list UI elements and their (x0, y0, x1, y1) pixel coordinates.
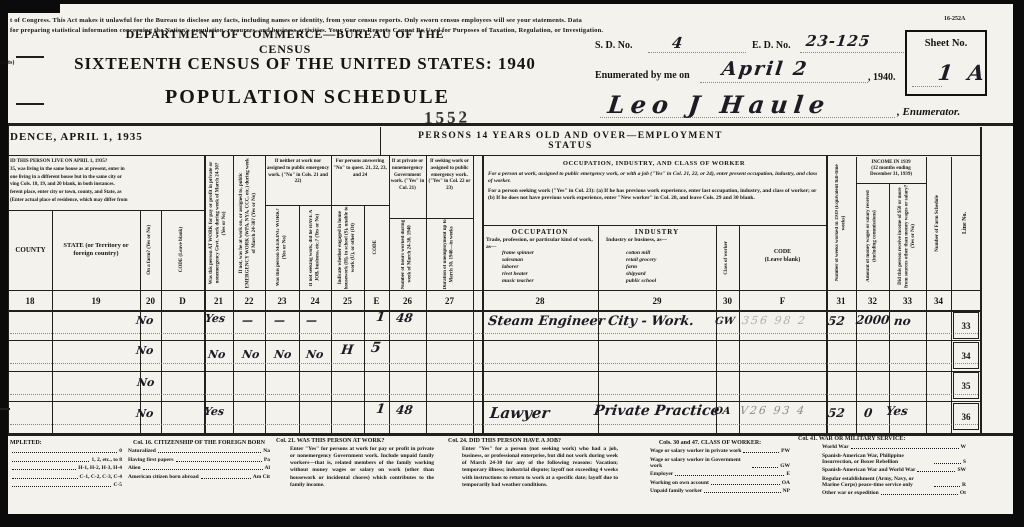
enumerator-signature: Leo J Haule (606, 90, 832, 119)
grid-line (380, 127, 381, 155)
census-title: SIXTEENTH CENSUS OF THE UNITED STATES: 1… (60, 53, 550, 75)
col-header-industry: INDUSTRY (600, 227, 714, 236)
col-num-27: 27 (426, 291, 473, 310)
dotted-leader (743, 452, 779, 453)
entry-weeks: 52 (827, 406, 845, 420)
entry-occupation: Steam Engineer (487, 314, 605, 329)
enumerated-year: , 1940. (868, 72, 896, 83)
col-header-farm: On a farm? (Yes or No) (140, 210, 161, 290)
col-header-33: Did this person receive income of $50 or… (889, 183, 926, 290)
col-header-25: Indicate whether engaged in home housewo… (331, 205, 364, 290)
entry-weeks: 52 (827, 314, 845, 328)
footnote-item: Unpaid family workerNP (630, 488, 790, 494)
dotted-leader (12, 461, 89, 462)
col-num-25: 25 (331, 291, 364, 310)
entry-at-work: Yes (204, 312, 226, 325)
col-num-20: 20 (140, 291, 161, 310)
footnote-item: Wage or salary worker in private workPW (630, 448, 790, 454)
col-num-29: 29 (598, 291, 716, 310)
ed-line (800, 52, 904, 53)
dotted-leader (851, 448, 959, 449)
footnote-item: Working on own accountOA (630, 480, 790, 486)
grid-line (8, 340, 980, 341)
census-form-scan: t of Congress. This Act makes it unlawfu… (0, 0, 1024, 527)
entry-codeE: 1 (375, 402, 386, 417)
entry-farm: No (135, 314, 154, 327)
margin-mark (16, 56, 44, 58)
col-num-23: 23 (265, 291, 299, 310)
col-num-34: 34 (926, 291, 951, 310)
col-num-E: E (364, 291, 389, 310)
sheet-line (912, 86, 942, 87)
footnote-line: C-5 (10, 482, 122, 488)
entry-have-job: No (305, 348, 324, 361)
grid-line (482, 225, 826, 226)
footnote-item: AlienAl (128, 465, 270, 471)
entry-engaged: H (340, 343, 354, 358)
grid-line (598, 225, 599, 433)
ed-label: E. D. No. (752, 40, 791, 51)
scan-edge-top (0, 0, 1024, 4)
entry-codeE: 1 (375, 310, 386, 325)
entry-dash: — (305, 314, 318, 327)
income-block-title: INCOME IN 1939 (12 months ending Decembe… (857, 156, 925, 182)
footnote-item: World WarW (798, 444, 966, 450)
col-num-31: 31 (826, 291, 856, 310)
footnote-war-service: Col. 41. WAR OR MILITARY SERVICE: World … (798, 436, 966, 514)
col-header-county: COUNTY (9, 210, 52, 290)
footnote-item: Spanish-American War and World WarSW (798, 467, 966, 473)
dotted-leader (158, 452, 261, 453)
grid-line (8, 371, 980, 372)
dotted-leader (675, 475, 784, 476)
col-header-27: Duration of unemployment up to March 30,… (426, 218, 473, 290)
col-header-23: Was this person SEEKING WORK? (Yes or No… (265, 205, 299, 290)
footnote-col21: Col. 21. WAS THIS PERSON AT WORK? Enter … (276, 438, 434, 514)
dotted-leader (934, 463, 961, 464)
col-header-21: Was this person AT WORK for pay or profi… (204, 157, 233, 290)
dotted-leader (917, 471, 955, 472)
col-num-33: 33 (889, 291, 926, 310)
scan-edge-right (1013, 0, 1024, 527)
sd-value: 4 (671, 34, 684, 52)
footnote-class-title: Cols. 30 and 47. CLASS OF WORKER: (630, 440, 790, 446)
occupation-instr2: For a person seeking work ("Yes" in Col.… (488, 188, 822, 202)
dotted-leader (12, 469, 76, 470)
enumerated-date: April 2 (721, 58, 810, 80)
dotted-leader (176, 461, 262, 462)
enumerator-label: , Enumerator. (897, 106, 960, 118)
footnote-item: Other war or expeditionOt (798, 490, 966, 496)
department-title: DEPARTMENT OF COMMERCE—BUREAU OF THE CEN… (105, 34, 465, 50)
legal-notice-line1: t of Congress. This Act makes it unlawfu… (10, 17, 1008, 24)
col-header-32: Amount of money wages or salary received… (856, 183, 889, 290)
line-number: 34 (953, 342, 979, 369)
entry-codeE: 5 (370, 340, 382, 356)
col-header-state: STATE (or Territory or foreign country) (54, 210, 138, 290)
scan-edge-left (0, 0, 8, 527)
writing-line (10, 424, 978, 425)
dotted-leader (201, 478, 251, 479)
entry-wages: 0 (863, 406, 873, 420)
col-num-F: F (739, 291, 826, 310)
industry-sub: Industry or business, as— (606, 237, 714, 244)
footnote-line: C-1, C-2, C-3, C-4 (10, 474, 122, 480)
writing-line (10, 394, 978, 395)
dotted-leader (752, 467, 778, 468)
writing-line (10, 333, 978, 334)
col-num-30: 30 (716, 291, 739, 310)
sd-line (648, 52, 746, 53)
footnote-col21-title: Col. 21. WAS THIS PERSON AT WORK? (276, 438, 434, 444)
grid-line (473, 155, 474, 433)
col-header-31: Number of weeks worked in 1939 (Equivale… (826, 157, 856, 290)
grid-line (8, 310, 980, 312)
col-header-34: Number of Farm Schedule (926, 157, 951, 290)
footnote-citizenship-title: Col. 16. CITIZENSHIP OF THE FOREIGN BORN (128, 440, 270, 446)
enumerated-label: Enumerated by me on (595, 70, 690, 81)
occupation-instr1: For a person at work, assigned to public… (488, 171, 822, 185)
sd-label: S. D. No. (595, 40, 633, 51)
dotted-leader (143, 469, 263, 470)
footnote-education-title: MPLETED: (10, 440, 122, 446)
group-header-23-24: If neither at work nor assigned to publi… (265, 157, 331, 205)
footnote-citizenship: Col. 16. CITIZENSHIP OF THE FOREIGN BORN… (128, 440, 270, 512)
schedule-title: POPULATION SCHEDULE (150, 85, 465, 109)
entry-codeF: 356 98 2 (741, 314, 808, 327)
group-header-25-E: For persons answering "No" to quest. 21,… (331, 157, 389, 205)
industry-examples: cotton mill retail grocery farm shipyard… (610, 250, 714, 284)
col-header-24: If not seeking work, did he HAVE A JOB, … (299, 205, 331, 290)
footnote-line: 1, 2, etc., to 8 (10, 457, 122, 463)
entry-seeking: No (273, 348, 292, 361)
enumerated-line (700, 82, 868, 83)
footnote-line: H-1, H-2, H-3, H-4 (10, 465, 122, 471)
footnote-item: Regular establishment (Army, Navy, or Ma… (798, 476, 966, 488)
col-header-line-no: Line No. (951, 157, 980, 290)
entry-emergency: No (241, 348, 260, 361)
dotted-leader (12, 486, 111, 487)
col-header-30: Class of worker (716, 225, 739, 290)
col-num-18: 18 (8, 291, 52, 310)
occupation-examples: frame spinner salesman laborer rivet hea… (486, 250, 596, 284)
col-header-26: Number of hours worked during week of Ma… (389, 218, 426, 290)
footnote-col24-title: Col. 24. DID THIS PERSON HAVE A JOB? (448, 438, 618, 444)
entry-dash: — (273, 314, 286, 327)
footnote-line: 0 (10, 448, 122, 454)
col-header-22: If not, was he at work on, or assigned t… (233, 157, 265, 290)
entry-industry: City - Work. (607, 314, 695, 329)
footnote-item: NaturalizedNa (128, 448, 270, 454)
col-header-codeD: CODE (Leave blank) (161, 210, 204, 290)
grid-line (980, 127, 982, 433)
scan-edge-corner (0, 0, 60, 13)
sheet-label: Sheet No. (907, 36, 985, 50)
line-number: 36 (953, 403, 979, 430)
entry-wages: 2000 (855, 313, 890, 327)
dotted-leader (12, 452, 117, 453)
entry-farm: No (135, 344, 154, 357)
grid-line (8, 123, 1013, 126)
entry-at-work: No (207, 348, 226, 361)
form-number: 16-252A (944, 16, 965, 22)
grid-line (8, 401, 980, 402)
dotted-leader (711, 484, 780, 485)
col-header-codeE: CODE (364, 205, 389, 290)
entry-class: OA (713, 406, 731, 417)
footnote-col21-body: Enter "Yes" for persons at work for pay … (276, 446, 434, 489)
margin-mark (0, 408, 10, 410)
footnote-item: Spanish-American War, Philippine Insurre… (798, 453, 966, 465)
dotted-leader (881, 494, 958, 495)
entry-codeF: V26 93 4 (739, 404, 807, 417)
margin-fragment: lants) (0, 60, 14, 66)
col-num-19: 19 (52, 291, 140, 310)
col-header-occupation: OCCUPATION (484, 227, 596, 236)
entry-industry: Private Practice (593, 403, 720, 419)
footnote-education: MPLETED: 0 1, 2, etc., to 8 H-1, H-2, H-… (10, 440, 122, 512)
grid-line (8, 155, 980, 156)
occupation-sub: Trade, profession, or particular kind of… (486, 237, 596, 250)
dotted-leader (934, 486, 960, 487)
footnote-item: EmployerE (630, 471, 790, 477)
footnote-item: American citizen born abroadAm Cit (128, 474, 270, 480)
entry-farm: No (135, 407, 154, 420)
col-num-28: 28 (482, 291, 598, 310)
entry-hours: 48 (395, 311, 413, 325)
entry-hours: 48 (395, 403, 413, 417)
margin-mark (16, 103, 44, 105)
occupation-block-title: OCCUPATION, INDUSTRY, AND CLASS OF WORKE… (484, 158, 824, 169)
entry-occupation: Lawyer (489, 404, 551, 422)
group-header-26: If at private or nonemergency Government… (389, 157, 426, 218)
grid-line (52, 210, 53, 433)
footnote-col24: Col. 24. DID THIS PERSON HAVE A JOB? Ent… (448, 438, 618, 514)
scan-edge-bottom (0, 514, 1024, 527)
entry-farm: No (136, 376, 155, 389)
footnote-war-title: Col. 41. WAR OR MILITARY SERVICE: (798, 436, 966, 442)
residence-band-title: DENCE, APRIL 1, 1935 (10, 131, 143, 143)
col-num-D: D (161, 291, 204, 310)
entry-at-work: Yes (203, 405, 225, 418)
col-num-22: 22 (233, 291, 265, 310)
group-header-27: If seeking work or assigned to public em… (426, 157, 473, 218)
entry-dash: — (241, 314, 254, 327)
col-num-24: 24 (299, 291, 331, 310)
line-number: 33 (953, 312, 979, 339)
employment-band-title: PERSONS 14 YEARS OLD AND OVER—EMPLOYMENT… (398, 129, 743, 153)
residence-instructions: ID THIS PERSON LIVE ON APRIL 1, 1935? 35… (10, 158, 202, 205)
entry-other-income: Yes (885, 404, 909, 418)
ed-value: 23-125 (805, 32, 872, 50)
col-num-21: 21 (204, 291, 233, 310)
footnote-item: Wage or salary worker in Government work… (630, 457, 790, 469)
sheet-value: 1 A (936, 60, 989, 85)
footnote-class-of-worker: Cols. 30 and 47. CLASS OF WORKER: Wage o… (630, 440, 790, 514)
col-num-26: 26 (389, 291, 426, 310)
dotted-leader (12, 478, 78, 479)
footnote-col24-body: Enter "Yes" for a person (not seeking wo… (448, 446, 618, 489)
dotted-leader (704, 492, 780, 493)
footnote-item: Having first papersPa (128, 457, 270, 463)
writing-line (10, 363, 978, 364)
col-header-codeF: CODE (Leave blank) (740, 246, 825, 268)
line-number: 35 (953, 372, 979, 399)
entry-class: GW (714, 316, 735, 327)
entry-other-income: no (893, 314, 911, 328)
col-num-32: 32 (856, 291, 889, 310)
